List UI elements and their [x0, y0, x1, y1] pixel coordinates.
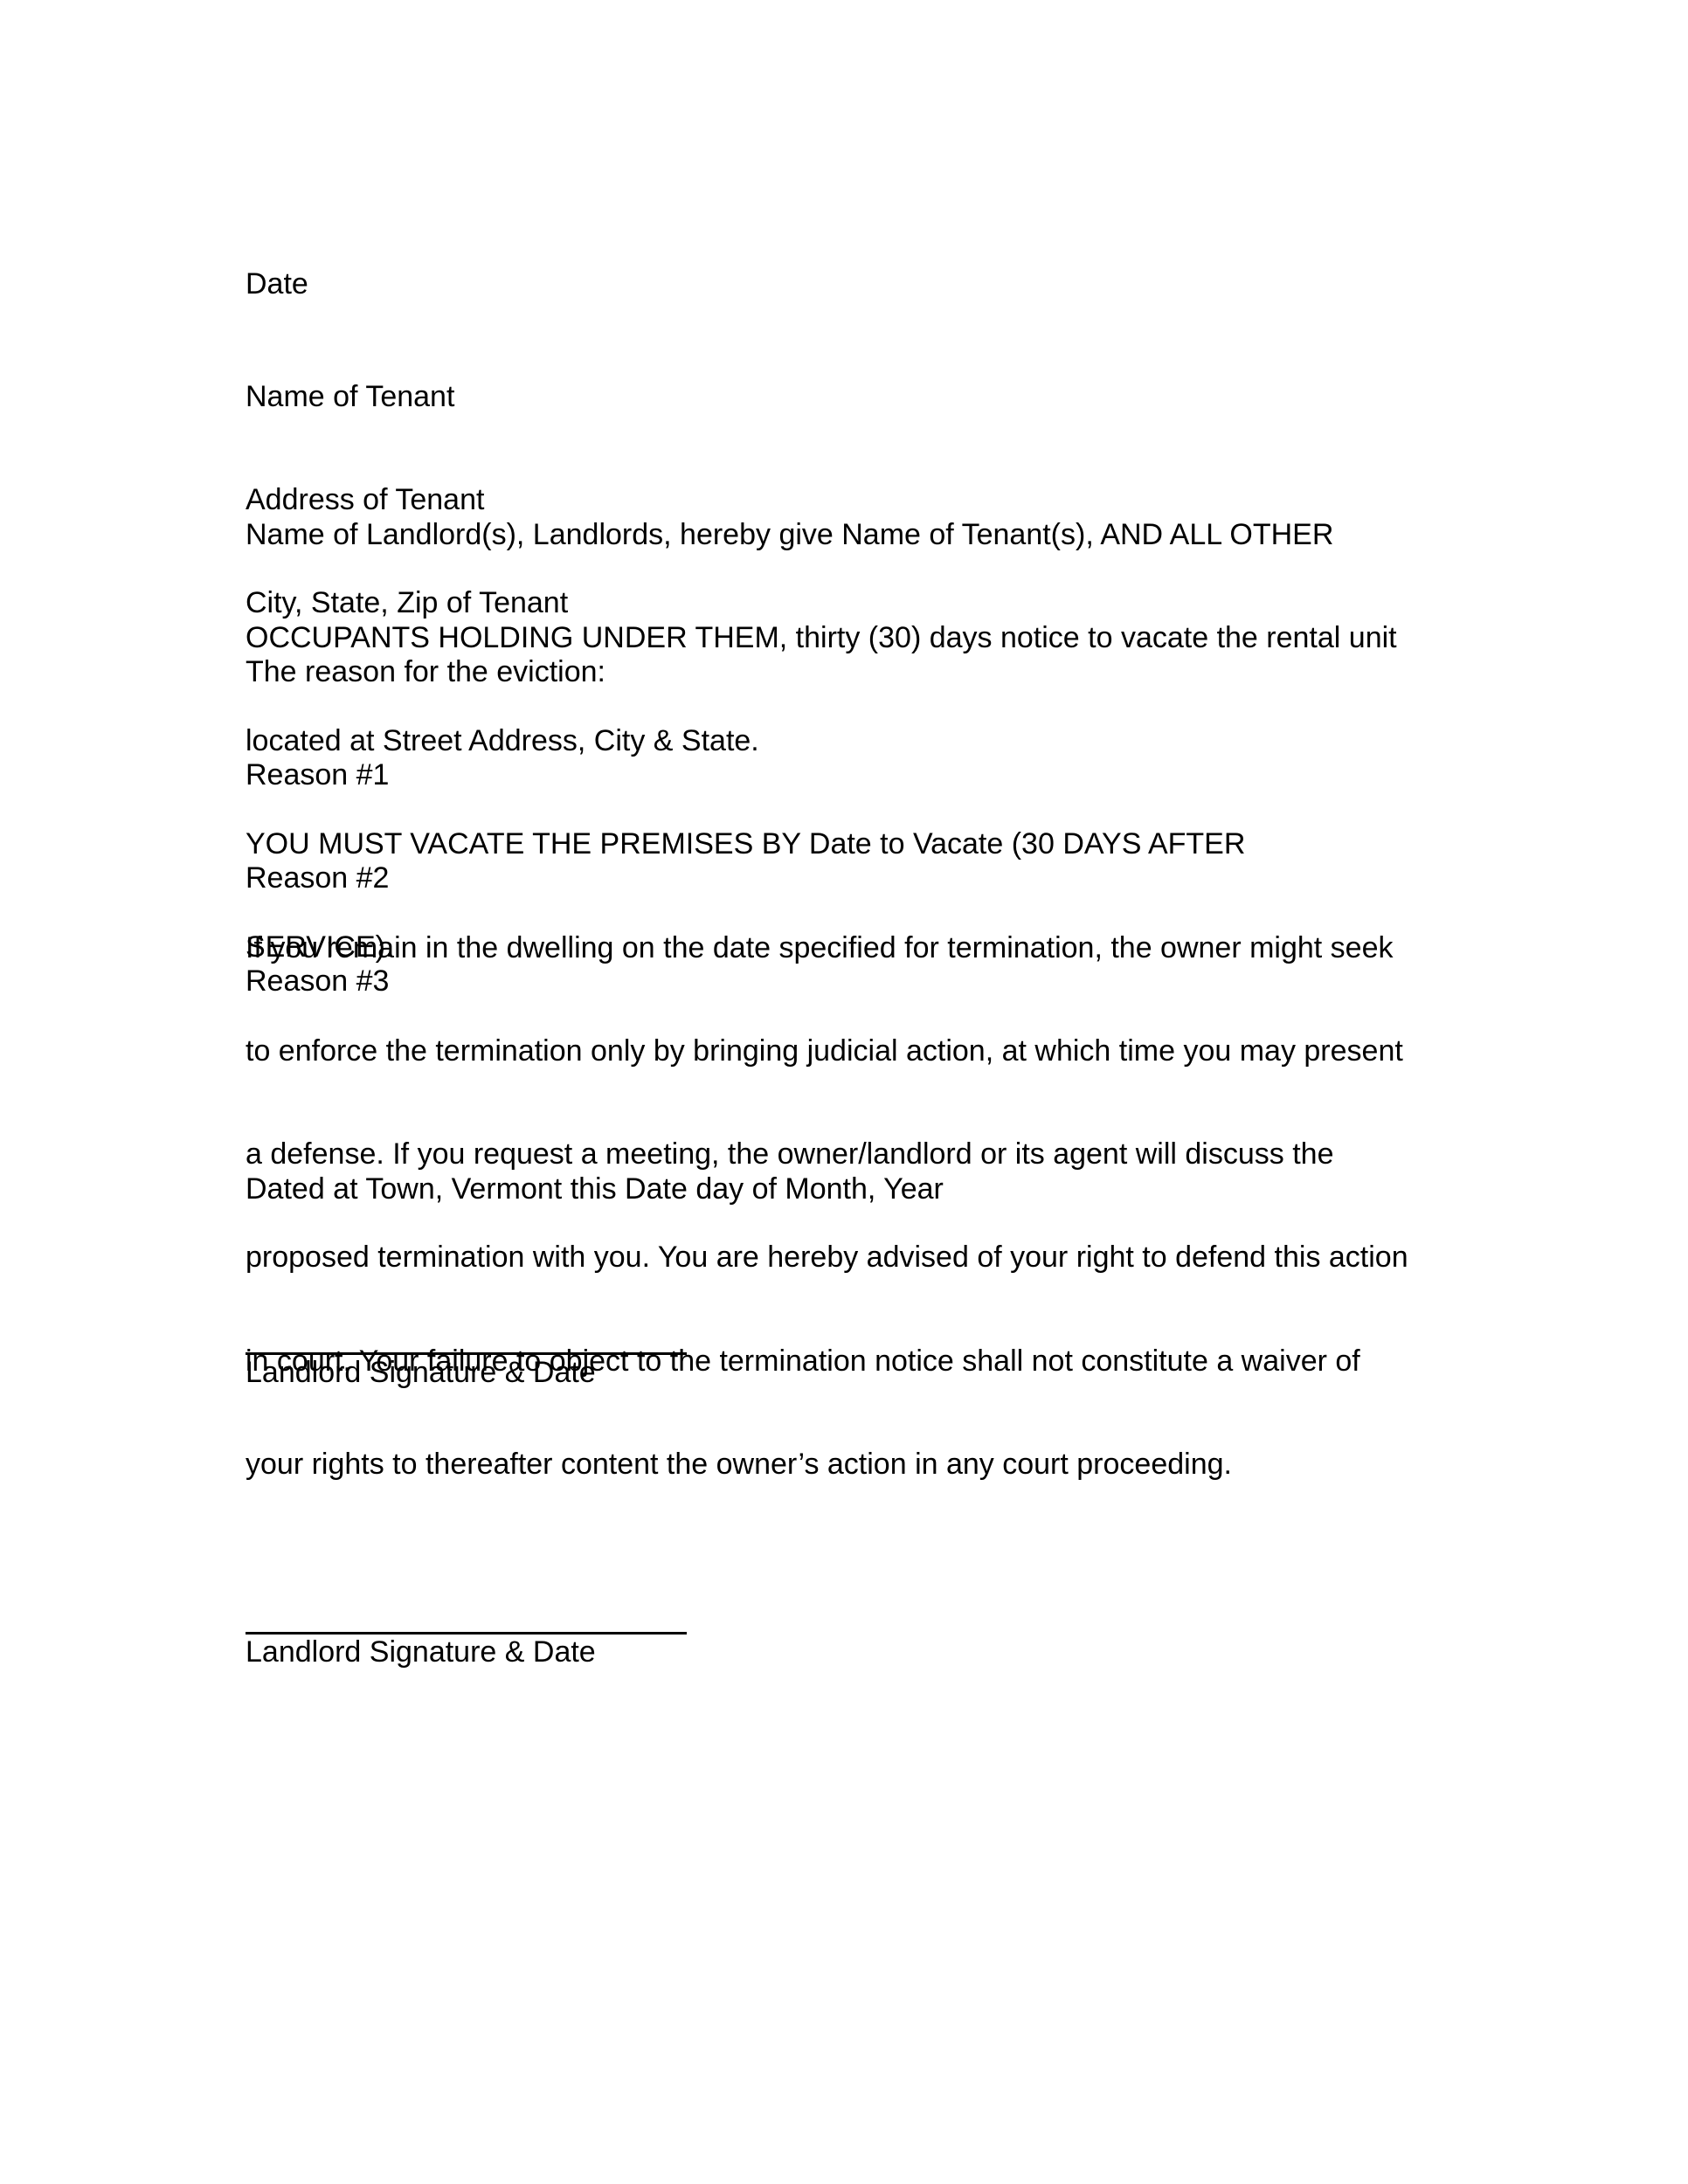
paragraph-line: Name of Landlord(s), Landlords, hereby g…	[246, 518, 1397, 552]
tenant-name: Name of Tenant	[246, 380, 568, 414]
signature-label: Landlord Signature & Date	[246, 1356, 596, 1390]
date-text: Date	[246, 267, 308, 301]
paragraph-line: YOU MUST VACATE THE PREMISES BY Date to …	[246, 827, 1245, 861]
signature-line	[246, 1352, 687, 1355]
dated-text: Dated at Town, Vermont this Date day of …	[246, 1172, 944, 1206]
paragraph-line: If you remain in the dwelling on the dat…	[246, 931, 1408, 965]
paragraph-line: to enforce the termination only by bring…	[246, 1034, 1408, 1068]
reasons-heading: The reason for the eviction:	[246, 655, 605, 689]
signature-line	[246, 1632, 687, 1635]
paragraph-line: your rights to thereafter content the ow…	[246, 1448, 1408, 1482]
dated-at-line: Dated at Town, Vermont this Date day of …	[246, 1103, 944, 1275]
signature-label: Landlord Signature & Date	[246, 1635, 596, 1669]
document-page: Date Name of Tenant Address of Tenant Ci…	[0, 0, 1688, 2184]
